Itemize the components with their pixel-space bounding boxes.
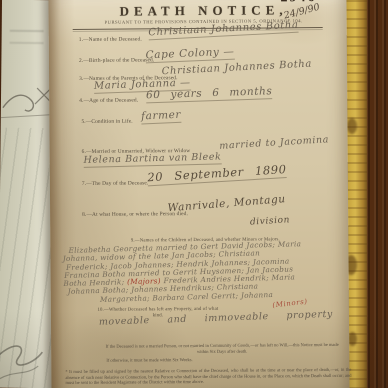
field-value-marital-status-2: Helena Bartina van Bleek xyxy=(83,151,221,167)
field-value-condition-in-life: farmer xyxy=(141,109,182,125)
underlying-page-faint-print xyxy=(9,30,43,56)
field-value-place-of-death-2: division xyxy=(250,215,291,227)
footnote-six-days: If the Deceased is not a married Person,… xyxy=(103,342,341,355)
field-value-children: Elizabetha Georgetta married to Gert Dav… xyxy=(62,238,364,305)
field-value-age: 60 years 6 months xyxy=(146,85,273,103)
field-label-day-of-decease: 7.—The Day of the Decease. xyxy=(82,180,149,187)
footnote-six-weeks: If otherwise, it must be made within Six… xyxy=(106,356,306,363)
field-label-birthplace: 2.—Birth-place of the Deceased. xyxy=(79,57,154,64)
edge-stain xyxy=(348,332,357,346)
footnote-who-must-sign: * It must be filled up and signed by the… xyxy=(65,367,351,386)
death-notice-scan: 2946 24/9/90 DEATH NOTICE, PURSUANT TO T… xyxy=(0,0,388,388)
minors-annotation: (Minors) xyxy=(272,298,308,310)
field-value-birthplace: Cape Colony — xyxy=(145,46,234,64)
death-notice-form: 2946 24/9/90 DEATH NOTICE, PURSUANT TO T… xyxy=(48,0,349,388)
field-value-marital-status-1: married to Jacomina xyxy=(219,134,329,152)
field-label-condition-in-life: 5.—Condition in Life. xyxy=(81,119,132,125)
field-value-place-of-death-1: Wanrivale, Montagu xyxy=(167,193,286,214)
edge-stain xyxy=(347,118,357,134)
field-label-age: 4.—Age of the Deceased. xyxy=(79,97,138,103)
binding-gutter-shadow xyxy=(48,0,77,388)
field-label-name-of-deceased: 1.—Name of the Deceased. xyxy=(79,36,142,42)
